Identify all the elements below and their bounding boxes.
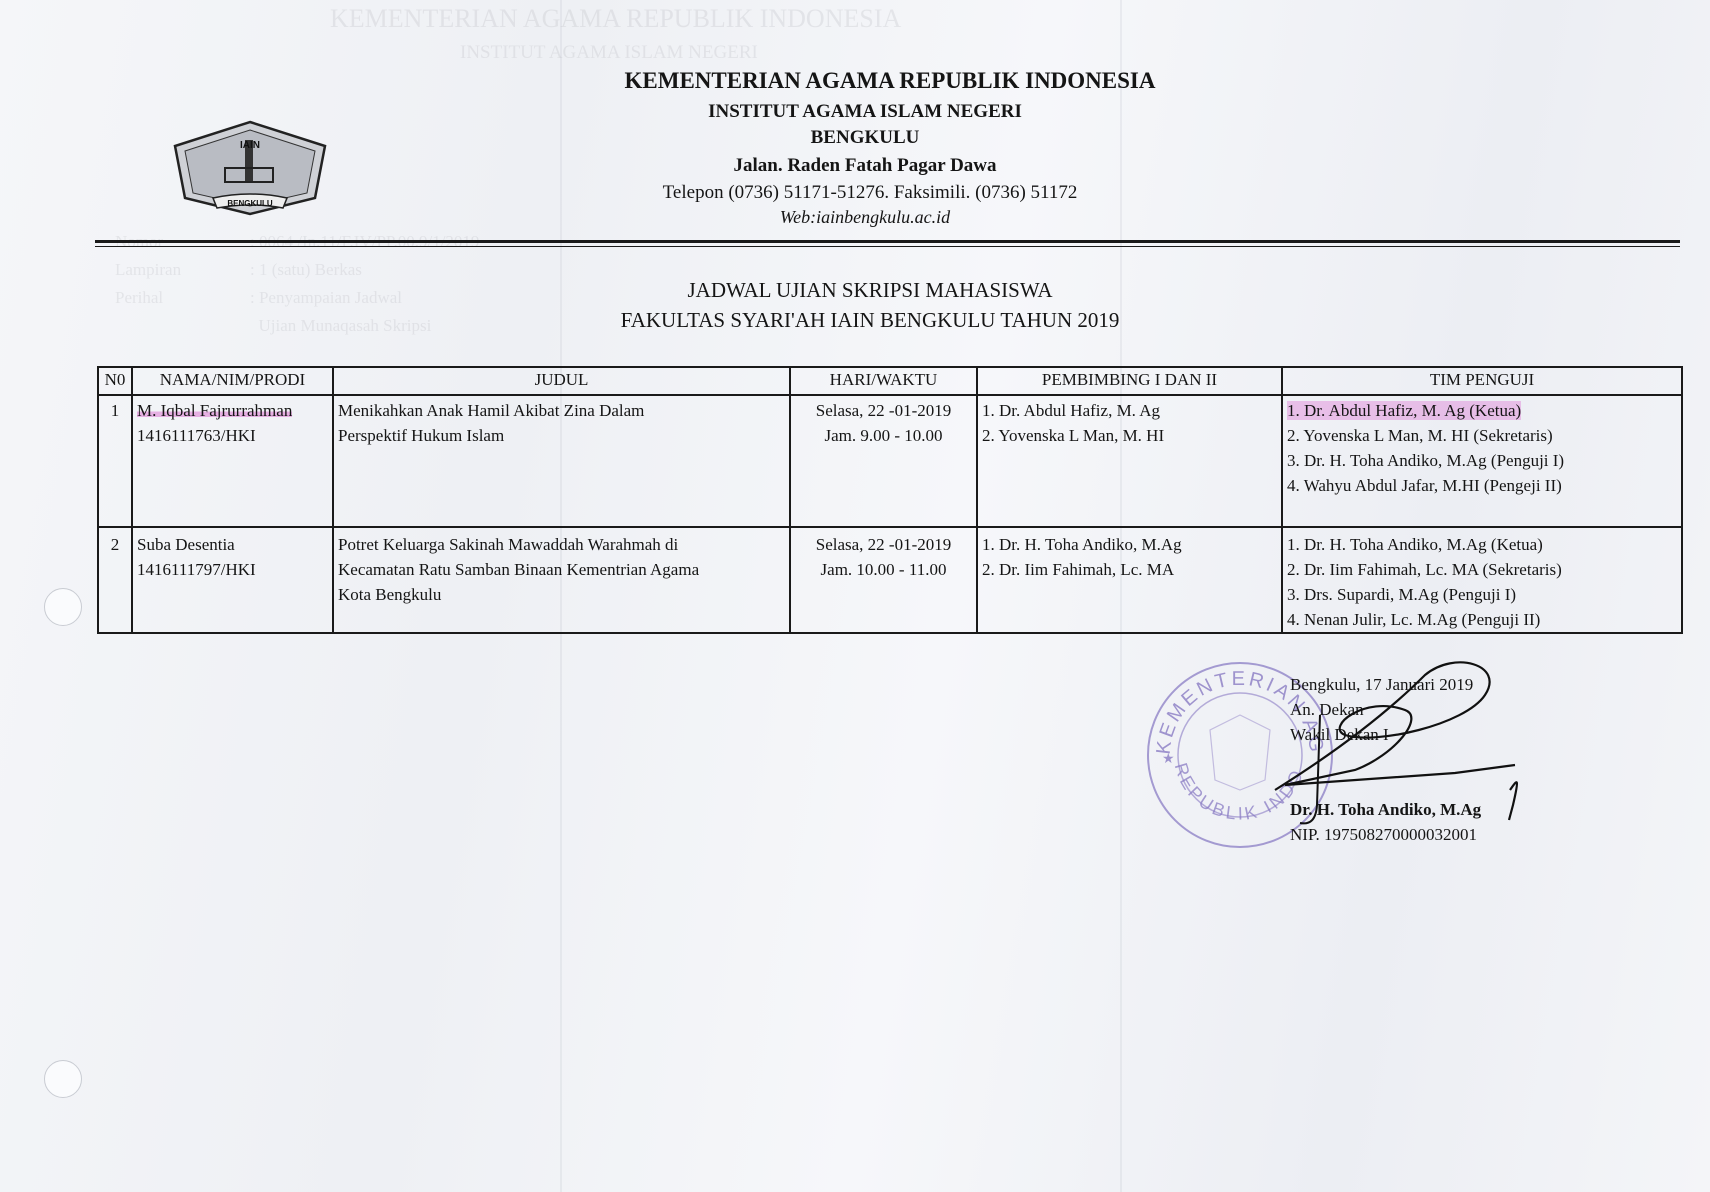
- table-row: 2 Suba Desentia 1416111797/HKI Potret Ke…: [98, 527, 1682, 633]
- header-title: JUDUL: [333, 367, 790, 395]
- examiner: 3. Dr. H. Toha Andiko, M.Ag (Penguji I): [1287, 448, 1677, 473]
- header-examiners: TIM PENGUJI: [1282, 367, 1682, 395]
- row-number: 1: [98, 395, 132, 527]
- letterhead-institute: INSTITUT AGAMA ISLAM NEGERI: [565, 101, 1165, 123]
- student-name: Suba Desentia: [137, 532, 328, 557]
- student-nim: 1416111797/HKI: [137, 557, 328, 582]
- examiners-cell: 1. Dr. Abdul Hafiz, M. Ag (Ketua) 2. Yov…: [1282, 395, 1682, 527]
- letterhead-address: Jalan. Raden Fatah Pagar Dawa: [565, 155, 1165, 177]
- schedule-cell: Selasa, 22 -01-2019 Jam. 9.00 - 10.00: [790, 395, 977, 527]
- examiner: 2. Dr. Iim Fahimah, Lc. MA (Sekretaris): [1287, 557, 1677, 582]
- header-divider: [95, 240, 1680, 243]
- table-row: 1 M. Iqbal Fajrurrahman 1416111763/HKI M…: [98, 395, 1682, 527]
- exam-time: Jam. 9.00 - 10.00: [795, 423, 972, 448]
- exam-day: Selasa, 22 -01-2019: [795, 532, 972, 557]
- student-cell: Suba Desentia 1416111797/HKI: [132, 527, 333, 633]
- svg-text:★: ★: [1162, 752, 1175, 767]
- letterhead-phone: Telepon (0736) 51171-51276. Faksimili. (…: [520, 182, 1220, 204]
- row-number: 2: [98, 527, 132, 633]
- handwritten-signature-icon: [1255, 655, 1535, 835]
- supervisor: 2. Yovenska L Man, M. HI: [982, 423, 1277, 448]
- exam-schedule-table: N0 NAMA/NIM/PRODI JUDUL HARI/WAKTU PEMBI…: [97, 366, 1683, 634]
- student-name: M. Iqbal Fajrurrahman: [137, 401, 292, 420]
- supervisor: 1. Dr. H. Toha Andiko, M.Ag: [982, 532, 1277, 557]
- thesis-title-line: Perspektif Hukum Islam: [338, 423, 785, 448]
- thesis-title-line: Kota Bengkulu: [338, 582, 785, 607]
- punch-hole: [44, 588, 82, 626]
- show-through-text: KEMENTERIAN AGAMA REPUBLIK INDONESIA: [330, 4, 901, 34]
- examiner: 2. Yovenska L Man, M. HI (Sekretaris): [1287, 423, 1677, 448]
- examiner: 1. Dr. Abdul Hafiz, M. Ag (Ketua): [1287, 401, 1521, 420]
- student-cell: M. Iqbal Fajrurrahman 1416111763/HKI: [132, 395, 333, 527]
- header-name: NAMA/NIM/PRODI: [132, 367, 333, 395]
- iain-logo-icon: IAIN BENGKULU: [165, 118, 335, 218]
- exam-time: Jam. 10.00 - 11.00: [795, 557, 972, 582]
- supervisor: 1. Dr. Abdul Hafiz, M. Ag: [982, 398, 1277, 423]
- header-schedule: HARI/WAKTU: [790, 367, 977, 395]
- document-subtitle: FAKULTAS SYARI'AH IAIN BENGKULU TAHUN 20…: [520, 308, 1220, 333]
- header-divider: [95, 246, 1680, 247]
- examiner: 1. Dr. H. Toha Andiko, M.Ag (Ketua): [1287, 532, 1677, 557]
- show-through-text: INSTITUT AGAMA ISLAM NEGERI: [460, 42, 758, 64]
- svg-text:BENGKULU: BENGKULU: [227, 199, 273, 208]
- examiner: 4. Wahyu Abdul Jafar, M.HI (Pengeji II): [1287, 473, 1677, 498]
- thesis-title-cell: Menikahkan Anak Hamil Akibat Zina Dalam …: [333, 395, 790, 527]
- supervisors-cell: 1. Dr. Abdul Hafiz, M. Ag 2. Yovenska L …: [977, 395, 1282, 527]
- examiners-cell: 1. Dr. H. Toha Andiko, M.Ag (Ketua) 2. D…: [1282, 527, 1682, 633]
- header-no: N0: [98, 367, 132, 395]
- scanned-letter-page: KEMENTERIAN AGAMA REPUBLIK INDONESIA INS…: [0, 0, 1710, 1192]
- letterhead-web: Web:iainbengkulu.ac.id: [565, 207, 1165, 228]
- letterhead-city: BENGKULU: [565, 127, 1165, 149]
- supervisors-cell: 1. Dr. H. Toha Andiko, M.Ag 2. Dr. Iim F…: [977, 527, 1282, 633]
- punch-hole: [44, 1060, 82, 1098]
- supervisor: 2. Dr. Iim Fahimah, Lc. MA: [982, 557, 1277, 582]
- student-nim: 1416111763/HKI: [137, 423, 328, 448]
- letterhead-ministry: KEMENTERIAN AGAMA REPUBLIK INDONESIA: [590, 68, 1190, 94]
- document-title: JADWAL UJIAN SKRIPSI MAHASISWA: [520, 278, 1220, 303]
- header-supervisors: PEMBIMBING I DAN II: [977, 367, 1282, 395]
- show-through-text: : 0064 /In.11/F.IV/PP.00.9/1/2019: 1 (sa…: [250, 228, 479, 340]
- thesis-title-cell: Potret Keluarga Sakinah Mawaddah Warahma…: [333, 527, 790, 633]
- table-header-row: N0 NAMA/NIM/PRODI JUDUL HARI/WAKTU PEMBI…: [98, 367, 1682, 395]
- examiner: 3. Drs. Supardi, M.Ag (Penguji I): [1287, 582, 1677, 607]
- exam-day: Selasa, 22 -01-2019: [795, 398, 972, 423]
- examiner: 4. Nenan Julir, Lc. M.Ag (Penguji II): [1287, 607, 1677, 632]
- schedule-cell: Selasa, 22 -01-2019 Jam. 10.00 - 11.00: [790, 527, 977, 633]
- thesis-title-line: Kecamatan Ratu Samban Binaan Kementrian …: [338, 557, 785, 582]
- svg-text:IAIN: IAIN: [240, 140, 260, 151]
- thesis-title-line: Menikahkan Anak Hamil Akibat Zina Dalam: [338, 398, 785, 423]
- thesis-title-line: Potret Keluarga Sakinah Mawaddah Warahma…: [338, 532, 785, 557]
